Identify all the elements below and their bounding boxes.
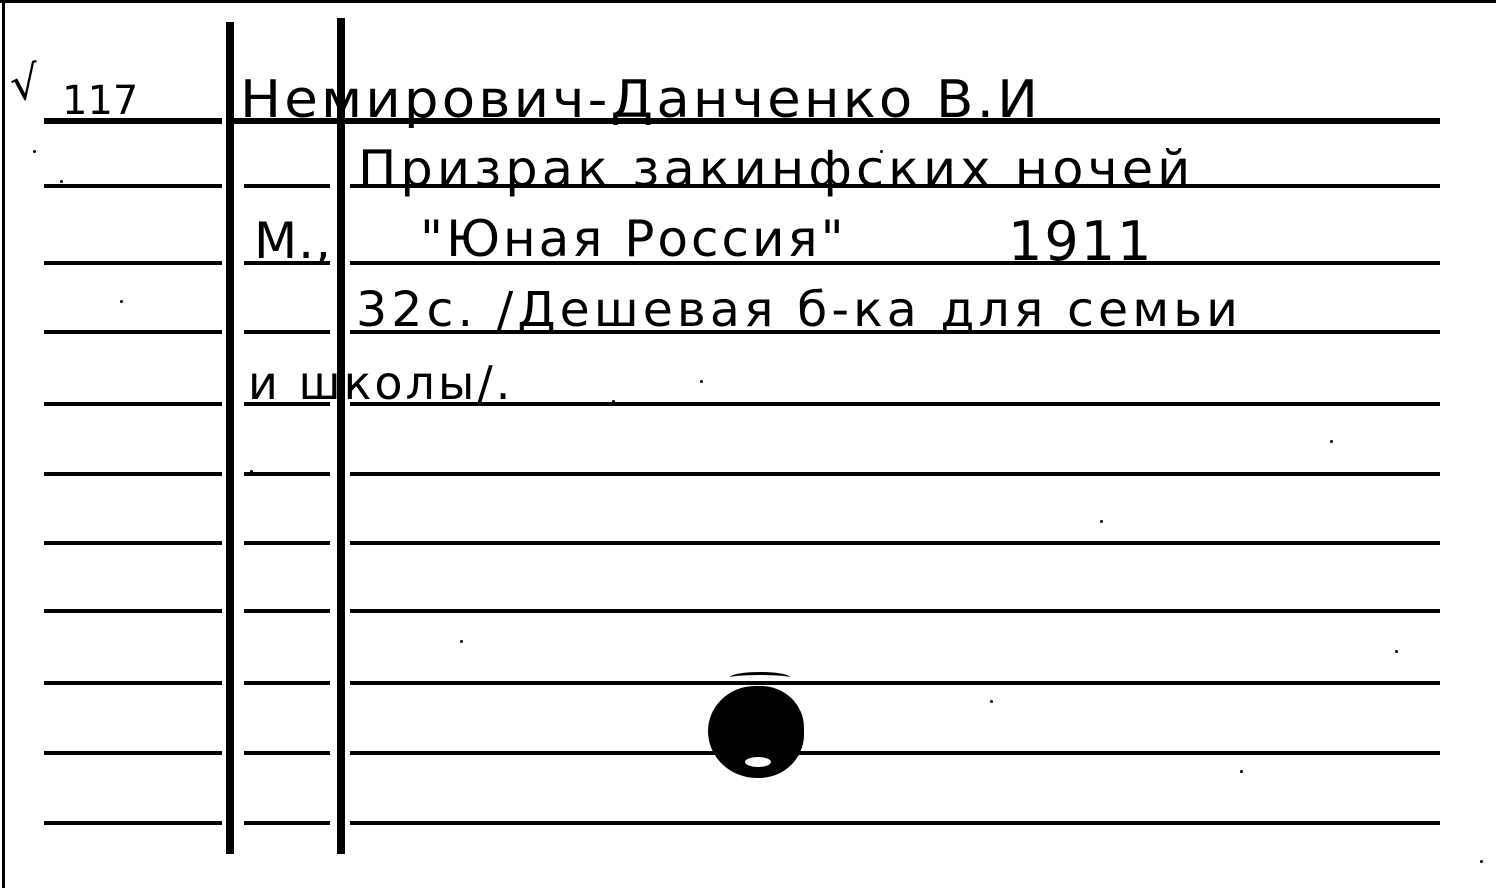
punch-hole-highlight	[745, 757, 771, 767]
speck	[990, 700, 993, 703]
speck	[1395, 650, 1398, 653]
ruled-line	[44, 184, 222, 188]
ruled-line	[244, 609, 330, 613]
ruled-line	[244, 821, 330, 825]
ruled-line	[244, 541, 330, 545]
ruled-line	[44, 330, 222, 334]
pages-and-series: 32с. /Дешевая б-ка для семьи	[356, 282, 1242, 338]
ruled-line	[44, 261, 222, 265]
publisher-name: "Юная Россия"	[420, 210, 847, 268]
ruled-line	[350, 751, 1440, 755]
speck	[612, 400, 615, 403]
ruled-line	[350, 472, 1440, 476]
ruled-line	[244, 184, 330, 188]
speck	[33, 150, 36, 153]
speck	[250, 470, 253, 473]
column-divider-right	[337, 18, 345, 854]
ruled-line	[244, 330, 330, 334]
ruled-line	[44, 821, 222, 825]
shelf-number: 117	[62, 78, 138, 124]
author-name: Немирович-Данченко В.И	[240, 70, 1041, 130]
book-title: Призрак закинфских ночей	[358, 140, 1194, 198]
ruled-line	[44, 751, 222, 755]
speck	[1330, 440, 1333, 443]
ruled-line	[350, 402, 1440, 406]
speck	[260, 610, 263, 613]
speck	[700, 380, 703, 383]
speck	[120, 300, 123, 303]
publication-place: М.,	[254, 212, 332, 270]
ruled-line	[244, 751, 330, 755]
ruled-line	[44, 681, 222, 685]
series-continuation: и школы/.	[248, 356, 513, 410]
publication-year: 1911	[1008, 210, 1153, 273]
ruled-line	[350, 541, 1440, 545]
punch-hole-rim	[730, 672, 790, 683]
column-divider-left	[226, 22, 234, 854]
catalog-card: √ 117 Немирович-Данченко В.И Призрак зак…	[0, 0, 1496, 888]
ruled-line	[350, 821, 1440, 825]
ruled-line	[350, 609, 1440, 613]
speck	[460, 640, 463, 643]
ruled-line	[44, 609, 222, 613]
ruled-line	[350, 681, 1440, 685]
ruled-line	[44, 541, 222, 545]
speck	[60, 180, 63, 183]
speck	[1480, 860, 1483, 863]
speck	[1100, 520, 1103, 523]
speck	[1240, 770, 1243, 773]
ruled-line	[44, 402, 222, 406]
ruled-line	[244, 681, 330, 685]
ruled-line	[244, 472, 330, 476]
card-left-edge	[2, 0, 5, 888]
ruled-line	[44, 472, 222, 476]
card-top-edge	[0, 0, 1496, 3]
speck	[880, 150, 883, 153]
check-mark: √	[6, 54, 45, 112]
